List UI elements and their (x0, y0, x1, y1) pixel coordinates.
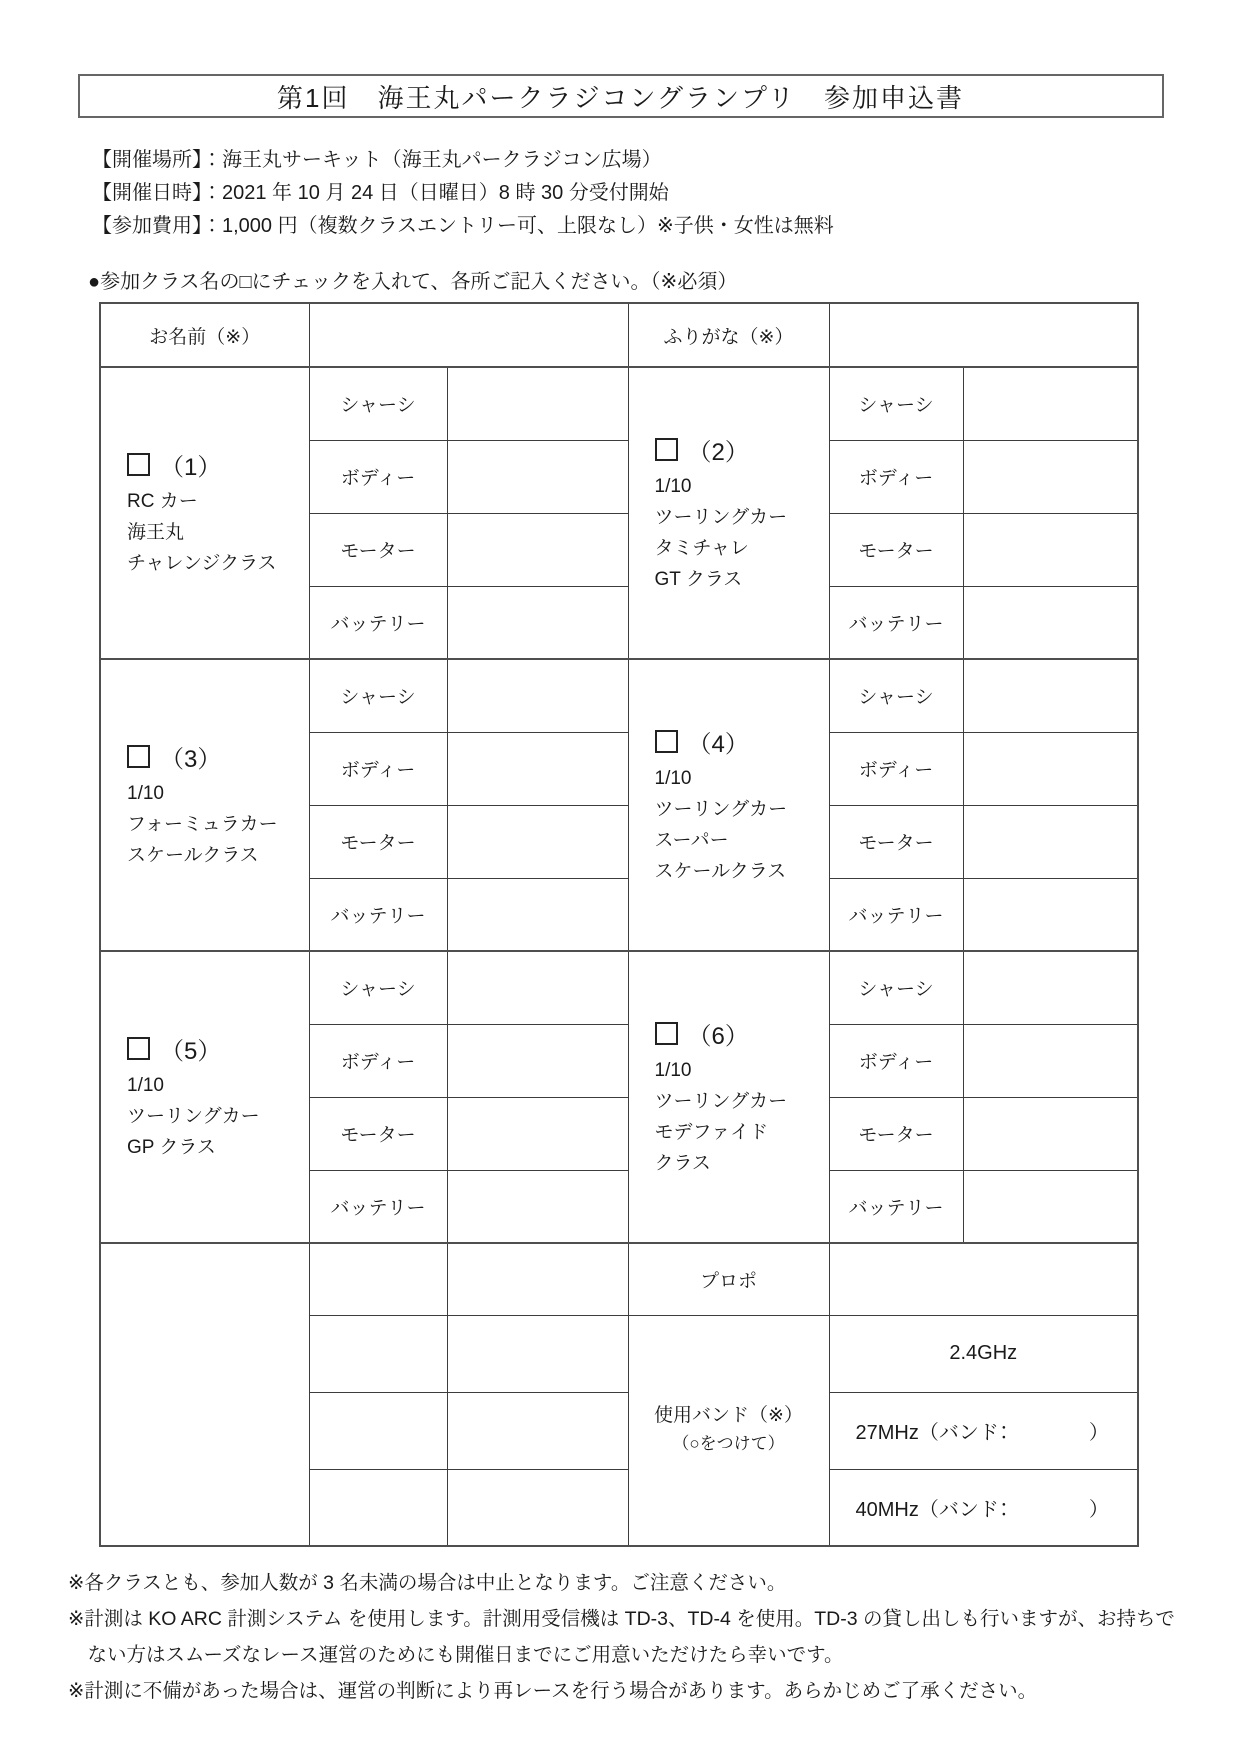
field-label-chassis: シャーシ (309, 951, 447, 1024)
note-timing-system: ※計測は KO ARC 計測システム を使用します。計測用受信機は TD-3、T… (68, 1601, 1183, 1673)
class-1-checkbox[interactable] (127, 453, 150, 476)
band-select-label-line1: 使用バンド（※） (629, 1402, 829, 1430)
class-2-desc-line: 1/10 (655, 471, 829, 502)
event-location: 【開催場所】：海王丸サーキット（海王丸パークラジコン広場） (92, 144, 1241, 177)
event-info: 【開催場所】：海王丸サーキット（海王丸パークラジコン広場） 【開催日時】：202… (92, 144, 1241, 243)
empty-cell (309, 1243, 447, 1315)
class-4-desc-line: 1/10 (655, 763, 829, 794)
band-select-label: 使用バンド（※） （○をつけて） (628, 1315, 829, 1546)
class-3-cell: （3） 1/10 フォーミュラカー スケールクラス (100, 659, 309, 951)
propo-label: プロポ (628, 1243, 829, 1315)
name-row: お名前（※） ふりがな（※） (100, 303, 1138, 367)
class-6-desc-line: ツーリングカー (655, 1086, 829, 1117)
class-3-desc-line: 1/10 (127, 778, 309, 809)
empty-cell (447, 1469, 628, 1546)
field-label-body: ボディー (829, 1024, 963, 1097)
field-label-body: ボディー (829, 440, 963, 513)
class-6-desc-line: クラス (655, 1148, 829, 1179)
input-cell-class1-motor[interactable] (447, 513, 628, 586)
input-cell-class5-battery[interactable] (447, 1170, 628, 1243)
form-title: 第1回 海王丸パークラジコングランプリ 参加申込書 (277, 78, 964, 115)
band-select-label-line2: （○をつけて） (629, 1430, 829, 1458)
class-1-desc-line: 海王丸 (127, 517, 309, 548)
class-1-desc-line: RC カー (127, 486, 309, 517)
input-cell-class4-chassis[interactable] (963, 659, 1138, 732)
class-2-number: （2） (688, 432, 749, 467)
name-label: お名前（※） (100, 303, 309, 367)
class-5-number: （5） (160, 1031, 221, 1066)
class-3-desc-line: スケールクラス (127, 840, 309, 871)
field-label-battery: バッテリー (309, 586, 447, 659)
field-label-body: ボディー (309, 440, 447, 513)
table-row: （3） 1/10 フォーミュラカー スケールクラス シャーシ （4） 1/10 … (100, 659, 1138, 732)
class-2-cell: （2） 1/10 ツーリングカー タミチャレ GT クラス (628, 367, 829, 659)
input-cell-class6-chassis[interactable] (963, 951, 1138, 1024)
empty-cell (100, 1243, 309, 1546)
class-4-desc-line: スーパー (655, 825, 829, 856)
class-6-desc-line: モデファイド (655, 1117, 829, 1148)
application-form-page: 第1回 海王丸パークラジコングランプリ 参加申込書 【開催場所】：海王丸サーキッ… (0, 0, 1241, 1755)
field-label-battery: バッテリー (829, 1170, 963, 1243)
field-label-body: ボディー (829, 732, 963, 805)
input-cell-class6-motor[interactable] (963, 1097, 1138, 1170)
field-label-motor: モーター (309, 513, 447, 586)
event-datetime: 【開催日時】：2021 年 10 月 24 日（日曜日）8 時 30 分受付開始 (92, 177, 1241, 210)
class-5-checkbox[interactable] (127, 1037, 150, 1060)
field-label-body: ボディー (309, 732, 447, 805)
input-cell-class2-chassis[interactable] (963, 367, 1138, 440)
table-row: （5） 1/10 ツーリングカー GP クラス シャーシ （6） 1/10 ツー… (100, 951, 1138, 1024)
input-cell-class6-battery[interactable] (963, 1170, 1138, 1243)
field-label-chassis: シャーシ (309, 659, 447, 732)
name-input-cell[interactable] (309, 303, 628, 367)
input-cell-class1-body[interactable] (447, 440, 628, 513)
class-2-desc-line: ツーリングカー (655, 502, 829, 533)
form-title-box: 第1回 海王丸パークラジコングランプリ 参加申込書 (78, 74, 1164, 118)
class-4-desc-line: スケールクラス (655, 856, 829, 887)
fill-instruction: ●参加クラス名の□にチェックを入れて、各所ご記入ください。（※必須） (88, 265, 1241, 294)
input-cell-class6-body[interactable] (963, 1024, 1138, 1097)
empty-cell (447, 1243, 628, 1315)
input-cell-class3-body[interactable] (447, 732, 628, 805)
input-cell-class1-chassis[interactable] (447, 367, 628, 440)
furigana-input-cell[interactable] (829, 303, 1138, 367)
class-5-desc-line: GP クラス (127, 1132, 309, 1163)
field-label-motor: モーター (309, 805, 447, 878)
field-label-battery: バッテリー (309, 1170, 447, 1243)
field-label-chassis: シャーシ (829, 659, 963, 732)
class-6-cell: （6） 1/10 ツーリングカー モデファイド クラス (628, 951, 829, 1243)
event-fee: 【参加費用】：1,000 円（複数クラスエントリー可、上限なし）※子供・女性は無… (92, 210, 1241, 243)
band-option-27mhz[interactable]: 27MHz（バンド： ） (829, 1392, 1138, 1469)
field-label-motor: モーター (829, 805, 963, 878)
band-option-2-4ghz[interactable]: 2.4GHz (829, 1315, 1138, 1392)
field-label-battery: バッテリー (309, 878, 447, 951)
class-5-desc-line: ツーリングカー (127, 1101, 309, 1132)
input-cell-class4-body[interactable] (963, 732, 1138, 805)
class-5-cell: （5） 1/10 ツーリングカー GP クラス (100, 951, 309, 1243)
class-6-number: （6） (688, 1016, 749, 1051)
field-label-chassis: シャーシ (829, 367, 963, 440)
empty-cell (309, 1315, 447, 1392)
propo-input-cell[interactable] (829, 1243, 1138, 1315)
empty-cell (447, 1392, 628, 1469)
class-4-desc-line: ツーリングカー (655, 794, 829, 825)
empty-cell (447, 1315, 628, 1392)
input-cell-class2-battery[interactable] (963, 586, 1138, 659)
input-cell-class3-battery[interactable] (447, 878, 628, 951)
input-cell-class2-body[interactable] (963, 440, 1138, 513)
class-3-checkbox[interactable] (127, 745, 150, 768)
input-cell-class4-motor[interactable] (963, 805, 1138, 878)
field-label-motor: モーター (829, 513, 963, 586)
field-label-battery: バッテリー (829, 878, 963, 951)
class-6-checkbox[interactable] (655, 1022, 678, 1045)
field-label-chassis: シャーシ (309, 367, 447, 440)
class-2-checkbox[interactable] (655, 438, 678, 461)
field-label-body: ボディー (309, 1024, 447, 1097)
class-4-checkbox[interactable] (655, 730, 678, 753)
class-3-desc-line: フォーミュラカー (127, 809, 309, 840)
class-2-desc-line: GT クラス (655, 564, 829, 595)
input-cell-class3-motor[interactable] (447, 805, 628, 878)
class-1-cell: （1） RC カー 海王丸 チャレンジクラス (100, 367, 309, 659)
propo-row: プロポ (100, 1243, 1138, 1315)
class-5-desc-line: 1/10 (127, 1070, 309, 1101)
input-cell-class3-chassis[interactable] (447, 659, 628, 732)
entry-form-table: お名前（※） ふりがな（※） （1） RC カー 海王丸 チャレンジクラス シャ… (99, 302, 1139, 1547)
field-label-motor: モーター (829, 1097, 963, 1170)
field-label-motor: モーター (309, 1097, 447, 1170)
field-label-battery: バッテリー (829, 586, 963, 659)
class-4-cell: （4） 1/10 ツーリングカー スーパー スケールクラス (628, 659, 829, 951)
band-option-40mhz[interactable]: 40MHz（バンド： ） (829, 1469, 1138, 1546)
table-row: （1） RC カー 海王丸 チャレンジクラス シャーシ （2） 1/10 ツーリ… (100, 367, 1138, 440)
furigana-label: ふりがな（※） (628, 303, 829, 367)
note-min-participants: ※各クラスとも、参加人数が 3 名未満の場合は中止となります。ご注意ください。 (68, 1565, 1183, 1601)
class-4-number: （4） (688, 724, 749, 759)
class-6-desc-line: 1/10 (655, 1055, 829, 1086)
input-cell-class1-battery[interactable] (447, 586, 628, 659)
input-cell-class5-body[interactable] (447, 1024, 628, 1097)
input-cell-class5-chassis[interactable] (447, 951, 628, 1024)
class-1-desc-line: チャレンジクラス (127, 548, 309, 579)
note-rerace: ※計測に不備があった場合は、運営の判断により再レースを行う場合があります。あらか… (68, 1673, 1183, 1709)
empty-cell (309, 1392, 447, 1469)
input-cell-class2-motor[interactable] (963, 513, 1138, 586)
class-3-number: （3） (160, 739, 221, 774)
footer-notes: ※各クラスとも、参加人数が 3 名未満の場合は中止となります。ご注意ください。 … (68, 1565, 1183, 1709)
input-cell-class5-motor[interactable] (447, 1097, 628, 1170)
input-cell-class4-battery[interactable] (963, 878, 1138, 951)
field-label-chassis: シャーシ (829, 951, 963, 1024)
class-2-desc-line: タミチャレ (655, 533, 829, 564)
empty-cell (309, 1469, 447, 1546)
class-1-number: （1） (160, 447, 221, 482)
